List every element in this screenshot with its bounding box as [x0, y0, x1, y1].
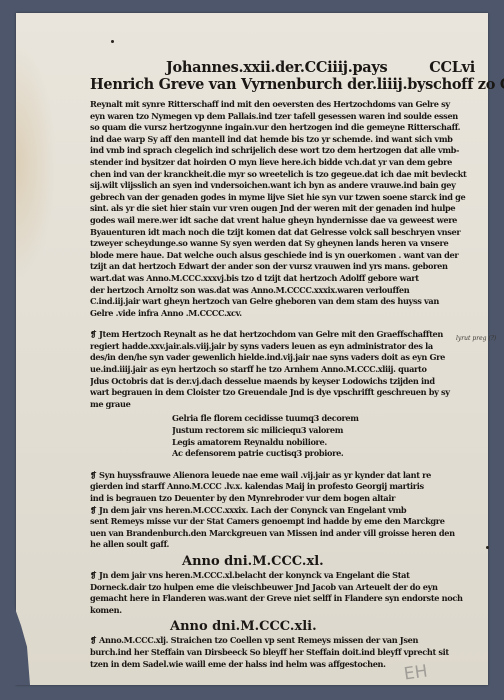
text-line: ind vmb ind sprach clegelich ind schrije…: [90, 145, 474, 157]
running-title-text: Johannes.xxii.der.CCiiij.pays: [166, 59, 387, 76]
text-line: chen ind van der kranckheit.die myr so w…: [90, 169, 474, 181]
text-line: Dorneck.dair tzo hulpen eme die vleischb…: [90, 582, 474, 594]
text-line: so quam die vursz hertzogynne ingain.vur…: [90, 122, 474, 134]
text-line: gierden ind starff Anno.M.CCC .lv.x. kal…: [90, 481, 474, 493]
text-line: Byauenturen idt mach noch die tzijt kome…: [90, 227, 474, 239]
text-block: Johannes.xxii.der.CCiiij.pays CCLvi Henr…: [90, 59, 474, 670]
text-line: sent Remeys misse vur der Stat Camers ge…: [90, 516, 474, 528]
text-line: ❡ Syn huyssfrauwe Alienora leuede nae em…: [90, 470, 474, 482]
running-title: Johannes.xxii.der.CCiiij.pays CCLvi: [90, 59, 474, 76]
text-line: Justum rectorem sic miliciequ3 valorem: [172, 425, 474, 437]
text-line: Gelre .vide infra Anno .M.CCCC.xcv.: [90, 308, 474, 320]
text-line: stender ind bysitzer dat hoirden O myn l…: [90, 157, 474, 169]
text-line: Reynalt mit synre Ritterschaff ind mit d…: [90, 99, 474, 111]
text-line: burch.ind her Steffain van Dirsbeeck So …: [90, 647, 474, 659]
water-stain: [16, 43, 56, 283]
paragraph-1: Reynalt mit synre Ritterschaff ind mit d…: [90, 99, 474, 319]
text-line: godes wail mere.wer idt sache dat vrent …: [90, 215, 474, 227]
text-line: regiert hadde.xxv.jair.als.viij.jair by …: [90, 341, 474, 353]
text-line: blode mere haue. Dat welche ouch alsus g…: [90, 250, 474, 262]
paragraph-4: ❡ Jn dem jair vns heren.M.CCC.xxxix. Lac…: [90, 505, 474, 551]
text-line: he allen soult gaff.: [90, 539, 474, 551]
text-line: ❡ Jtem Hertzoch Reynalt as he dat hertzo…: [90, 329, 474, 341]
text-line: ❡ Anno.M.CCC.xlj. Straichen tzo Coellen …: [90, 635, 474, 647]
text-line: der hertzoch Arnoltz son was.dat was Ann…: [90, 285, 474, 297]
text-line: C.ind.iij.jair wart gheyn hertzoch van G…: [90, 296, 474, 308]
text-line: Jdus Octobris dat is der.vj.dach desselu…: [90, 376, 474, 388]
text-line: Legis amatorem Reynaldu nobiliore.: [172, 437, 474, 449]
year-heading-1341: Anno dni.M.CCC.xli.: [90, 618, 474, 635]
pencil-inventory-mark: EH: [403, 661, 429, 684]
text-line: des/in den/he syn vader gewenlich hielde…: [90, 352, 474, 364]
folio-number: CCLvi: [429, 59, 475, 76]
text-line: sij.wilt vlijsslich an syen ind vndersoi…: [90, 180, 474, 192]
text-line: ind dae warp Sy aff den mantell ind dat …: [90, 134, 474, 146]
text-line: ❡ Jn dem jair vns heren.M.CCC.xl.belacht…: [90, 570, 474, 582]
text-line: ❡ Jn dem jair vns heren.M.CCC.xxxix. Lac…: [90, 505, 474, 517]
paragraph-5: ❡ Jn dem jair vns heren.M.CCC.xl.belacht…: [90, 570, 474, 616]
text-line: eyn waren tzo Nymegen vp dem Pallais.ind…: [90, 111, 474, 123]
text-line: tzweyer scheydunge.so wanne Sy syen werd…: [90, 238, 474, 250]
text-line: ue.ind.iiij.jair as eyn hertzoch so star…: [90, 364, 474, 376]
text-line: ind is begrauen tzo Deuenter by den Mynr…: [90, 493, 474, 505]
text-line: komen.: [90, 605, 474, 617]
text-line: Ac defensorem patrie cuctisq3 probiore.: [172, 448, 474, 460]
text-line: sint. als yr die siet hier stain vur vre…: [90, 203, 474, 215]
latin-epitaph-verse: Gelria fle florem cecidisse tuumq3 decor…: [90, 413, 474, 459]
marginal-annotation: lyrut preg (?): [456, 335, 496, 342]
text-line: gemacht here in Flanderen was.want der G…: [90, 593, 474, 605]
text-line: tzijt an dat hertzoch Edwart der ander s…: [90, 261, 474, 273]
text-line: wart.dat was Anno.M.CCC.xxxvj.bis tzo d …: [90, 273, 474, 285]
document-page: Johannes.xxii.der.CCiiij.pays CCLvi Henr…: [16, 13, 488, 685]
ink-speck: [111, 40, 114, 43]
text-line: gebrech van der genaden godes in myme li…: [90, 192, 474, 204]
year-heading-1340: Anno dni.M.CCC.xl.: [90, 553, 474, 570]
chapter-subtitle: Henrich Greve van Vyrnenburch der.liiij.…: [90, 76, 474, 93]
text-line: Gelria fle florem cecidisse tuumq3 decor…: [172, 413, 474, 425]
paragraph-2: ❡ Jtem Hertzoch Reynalt as he dat hertzo…: [90, 329, 474, 410]
text-line: wart begrauen in dem Cloister tzo Greuen…: [90, 387, 474, 399]
ink-speck: [486, 546, 489, 549]
text-line: uen van Brandenburch.den Marckgreuen van…: [90, 528, 474, 540]
text-line: me graue: [90, 399, 474, 411]
paragraph-3: ❡ Syn huyssfrauwe Alienora leuede nae em…: [90, 470, 474, 505]
